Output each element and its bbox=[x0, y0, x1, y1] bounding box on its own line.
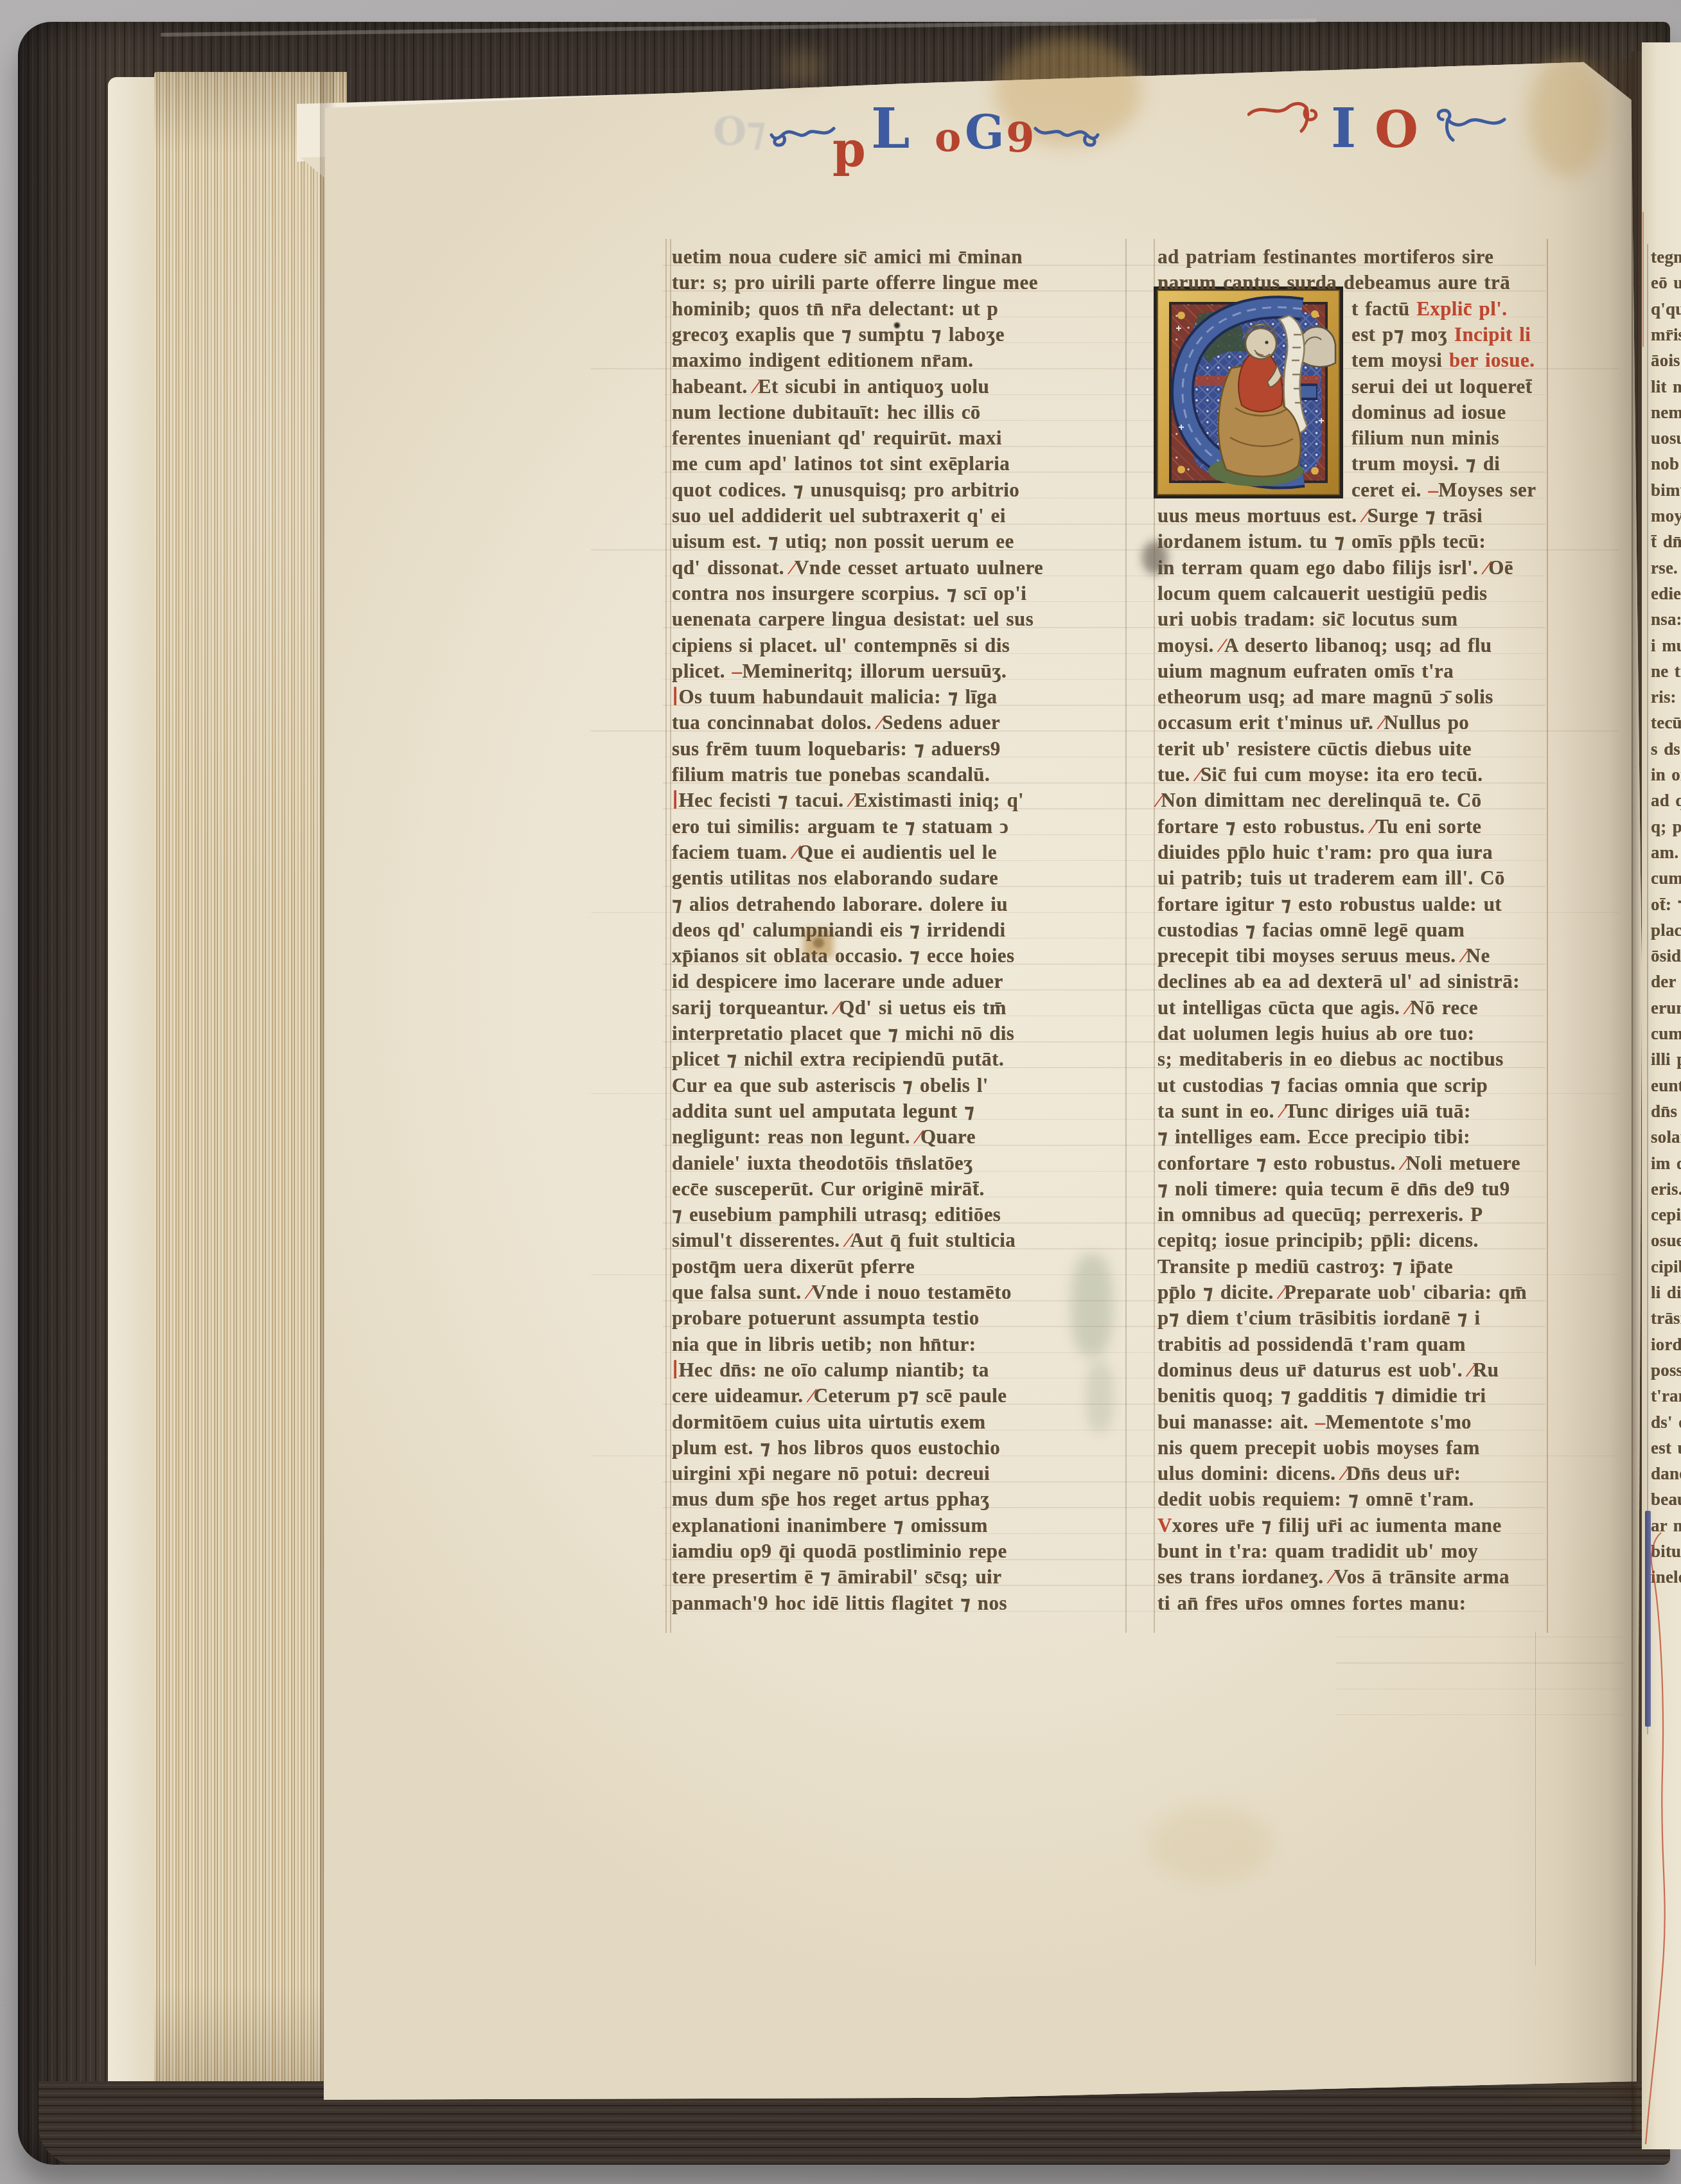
text-line: maximo indigent editionem nr̄am. bbox=[672, 348, 1122, 373]
body-text: am. ujni bbox=[1651, 843, 1681, 862]
red-pen-flourish bbox=[1632, 1529, 1681, 2171]
text-line: tegnate p bbox=[1651, 244, 1681, 270]
text-line: i multitu bbox=[1651, 633, 1681, 658]
text-line: in omib; bbox=[1651, 762, 1681, 788]
body-text: Memineritq; illorum uersuūʒ. bbox=[742, 660, 1007, 682]
body-text: Ru bbox=[1473, 1359, 1499, 1381]
body-text: mr̄is é as bbox=[1651, 325, 1681, 344]
text-line: rse. Aur bbox=[1651, 555, 1681, 581]
body-text: bimus. Si bbox=[1651, 480, 1681, 500]
text-line: cepitq; iosue principib; pp̄li: dicens. bbox=[1157, 1228, 1543, 1253]
body-text: postq̄m uera dixerūt pferre bbox=[672, 1255, 915, 1278]
body-text: ui patrib; tuis ut traderem eam ill'. Cō bbox=[1157, 867, 1505, 889]
text-line: uosue: ⁊ d bbox=[1651, 425, 1681, 451]
body-text: Oē bbox=[1488, 556, 1513, 579]
body-text: cipib; pp̄ bbox=[1651, 1257, 1681, 1276]
text-line: ti an̄ fr̄es ur̄os omnes fortes manu: bbox=[1157, 1590, 1543, 1616]
text-line: ulus domini: dicens. ∕Dn̄s deus ur̄: bbox=[1157, 1461, 1543, 1486]
text-line: nia que in libris uetib; non hn̄tur: bbox=[672, 1332, 1122, 1357]
text-line: p⁊ diem t'cium trāsibitis iordanē ⁊ i bbox=[1157, 1305, 1543, 1331]
body-text: ad quecū bbox=[1651, 791, 1681, 810]
text-line: plicet. –Memineritq; illorum uersuūʒ. bbox=[672, 658, 1122, 684]
ruling-line bbox=[665, 239, 667, 1633]
body-text: occasum erit t'minus ur̄. bbox=[1157, 711, 1380, 734]
body-text: tem moysi bbox=[1351, 349, 1449, 371]
text-line: eō uris s bbox=[1651, 270, 1681, 295]
body-text: xp̄ianos sit oblata occasio. ⁊ ecce hoie… bbox=[672, 944, 1014, 967]
text-line: postq̄m uera dixerūt pferre bbox=[672, 1254, 1122, 1280]
text-line: in omnibus ad quecūq; perrexeris. P bbox=[1157, 1202, 1543, 1228]
text-line: lit moyse bbox=[1651, 374, 1681, 400]
body-text: beaudien bbox=[1651, 1490, 1681, 1509]
text-line: cepitq; i bbox=[1651, 1202, 1681, 1228]
body-text: mus dum sp̄e hos reget artus pphaʒ bbox=[672, 1488, 990, 1510]
text-line: edient a bbox=[1651, 581, 1681, 606]
body-text: Surge ⁊ trāsi bbox=[1368, 504, 1483, 527]
flyleaf-edge bbox=[108, 77, 155, 2104]
body-text: Transite p mediū castroʒ: ⁊ ip̄ate bbox=[1157, 1255, 1453, 1278]
body-text: rse. Aur bbox=[1651, 558, 1681, 577]
body-text: Existimasti iniq; q' bbox=[854, 789, 1025, 811]
body-text: ⁊ eusebium pamphili utrasq; editiōes bbox=[672, 1203, 1001, 1226]
body-text: sarij torqueantur. bbox=[672, 996, 836, 1019]
text-line: in terram quam ego dabo filijs isrl'. ∕O… bbox=[1157, 555, 1543, 581]
text-line: iordanē bbox=[1651, 1332, 1681, 1357]
body-text: Ceterum p⁊ scē paule bbox=[814, 1384, 1007, 1407]
body-text: lit moyse bbox=[1651, 377, 1681, 396]
body-text: faciem tuam. bbox=[672, 841, 794, 863]
header-flourish-icon bbox=[1033, 119, 1100, 153]
body-text: Ne bbox=[1466, 944, 1490, 967]
body-text: uosue: ⁊ d bbox=[1651, 428, 1681, 448]
body-text: Mementote s'mo bbox=[1325, 1411, 1472, 1433]
text-line: erunt ad bbox=[1651, 995, 1681, 1021]
text-line: iamdiu op9 q̄i quodā postliminio repe bbox=[672, 1538, 1122, 1564]
text-line: panmach'9 hoc idē littis flagitet ⁊ nos bbox=[672, 1590, 1122, 1616]
body-text: in omnibus ad quecūq; perrexeris. P bbox=[1157, 1203, 1483, 1226]
body-text: placatos bbox=[1651, 920, 1681, 940]
body-text: in terram quam ego dabo filijs isrl'. bbox=[1157, 556, 1485, 579]
body-text: est uobis bbox=[1651, 1438, 1681, 1457]
text-line: dn̄s eos. bbox=[1651, 1098, 1681, 1124]
body-text: fortare igitur ⁊ esto robustus ualde: ut bbox=[1157, 893, 1502, 915]
body-text: Os tuum habundauit malicia: ⁊ līga bbox=[678, 685, 997, 708]
body-text: Sic̄ fui cum moyse: ita ero tecū. bbox=[1201, 763, 1483, 786]
body-text: daniele' iuxta theodotōis tn̄slatōeʒ bbox=[672, 1152, 973, 1174]
body-text: Sedens aduer bbox=[882, 711, 1000, 734]
text-line: nsa: moʒ bbox=[1651, 606, 1681, 632]
text-line: que falsa sunt. ∕Vnde i nouo testamēto bbox=[672, 1280, 1122, 1305]
ruling-line bbox=[1336, 1689, 1625, 1690]
body-text: ferentes inueniant qd' requirūt. maxi bbox=[672, 427, 1002, 449]
text-line: xp̄ianos sit oblata occasio. ⁊ ecce hoie… bbox=[672, 943, 1122, 969]
text-line: fortare ⁊ esto robustus. ∕Tu eni sorte bbox=[1157, 814, 1543, 840]
text-line: ad quecū bbox=[1651, 788, 1681, 813]
body-text: s; meditaberis in eo diebus ac noctibus bbox=[1157, 1048, 1504, 1070]
body-text: suo uel addiderit uel subtraxerit q' ei bbox=[672, 504, 1006, 527]
rubric-text: – bbox=[1428, 479, 1438, 501]
body-text: t factū bbox=[1351, 297, 1416, 320]
text-line: benitis quoq; ⁊ gadditis ⁊ dimidie tri bbox=[1157, 1383, 1543, 1409]
body-text: Hec dn̄s: ne oīo calump niantib; ta bbox=[678, 1359, 989, 1381]
rubric-text: ber iosue. bbox=[1449, 349, 1535, 371]
rubric-text: – bbox=[732, 660, 743, 682]
text-line: Vxores ur̄e ⁊ filij ur̄i ac iumenta mane bbox=[1157, 1513, 1543, 1538]
body-text: Cur ea que sub asteriscis ⁊ obelis l' bbox=[672, 1074, 989, 1096]
text-line: bimus. Si bbox=[1651, 477, 1681, 503]
body-text: t'ram qua bbox=[1651, 1386, 1681, 1405]
body-text: habeant. bbox=[672, 375, 754, 398]
body-text: me cum apd' latinos tot sint exēplaria bbox=[672, 452, 1010, 475]
body-text: cepitq; i bbox=[1651, 1205, 1681, 1224]
body-text: Et sicubi in antiquoʒ uolu bbox=[758, 375, 989, 398]
body-text: ta sunt in eo. bbox=[1157, 1100, 1281, 1122]
body-text: tere presertim ē ⁊ āmirabil' sc̄sq; uir bbox=[672, 1565, 1001, 1588]
text-line: addita sunt uel amputata legunt ⁊ bbox=[672, 1098, 1122, 1124]
body-text: etheorum usq; ad mare magnū ↄ̄ solis bbox=[1157, 685, 1493, 708]
text-line: dat uolumen legis huius ab ore tuo: bbox=[1157, 1021, 1543, 1046]
body-text: ut custodias ⁊ facias omnia que scrip bbox=[1157, 1074, 1488, 1096]
text-line: beaudien bbox=[1651, 1486, 1681, 1512]
historiated-initial bbox=[1153, 286, 1344, 499]
text-line: serui dei ut loqueret̄ bbox=[1351, 374, 1539, 400]
body-text: uirgini xp̄i negare nō potui: decreui bbox=[672, 1462, 990, 1484]
header-flourish-icon bbox=[770, 119, 836, 153]
text-line: s; meditaberis in eo diebus ac noctibus bbox=[1157, 1046, 1543, 1072]
body-text: serui dei ut loqueret̄ bbox=[1351, 375, 1532, 398]
text-line: ⁊ alios detrahendo laborare. dolere iu bbox=[672, 892, 1122, 917]
body-text: ōsiderar bbox=[1651, 946, 1681, 965]
body-text: ecc̄e susceperūt. Cur originē mirāt̄. bbox=[672, 1177, 985, 1200]
body-text: Vnde cesset artuato uulnere bbox=[795, 556, 1043, 579]
text-line: ⁊ eusebium pamphili utrasq; editiōes bbox=[672, 1202, 1122, 1228]
rubric-text: – bbox=[1316, 1411, 1326, 1433]
text-line: sarij torqueantur. ∕Qd' si uetus eis tm̄ bbox=[672, 995, 1122, 1021]
rubric-text: Incipit li bbox=[1454, 323, 1531, 346]
body-text: q'quoq; te bbox=[1651, 299, 1681, 319]
ruling-line bbox=[1336, 1637, 1625, 1638]
text-line: ot̄: ⁊ ung bbox=[1651, 892, 1681, 917]
body-text: li dicens bbox=[1651, 1283, 1681, 1302]
rubric-text: V bbox=[1157, 1514, 1172, 1537]
text-line: Cur ea que sub asteriscis ⁊ obelis l' bbox=[672, 1073, 1122, 1098]
text-line: trabitis ad possidendā t'ram quam bbox=[1157, 1332, 1543, 1357]
body-text: tecū é dn̄ bbox=[1651, 713, 1681, 732]
text-line: etheorum usq; ad mare magnū ↄ̄ solis bbox=[1157, 684, 1543, 710]
body-text: quot codices. ⁊ unusquisq; pro arbitrio bbox=[672, 479, 1019, 501]
body-text: dominus ad iosue bbox=[1351, 401, 1506, 423]
body-text: Aut q̄ fuit stulticia bbox=[850, 1229, 1016, 1251]
body-text: filium matris tue ponebas scandalū. bbox=[672, 763, 990, 786]
body-text: eunt. Ps bbox=[1651, 1076, 1681, 1095]
text-line: moysi. ∕A deserto libanoq; usq; ad flu bbox=[1157, 633, 1543, 658]
body-text: āois uirt bbox=[1651, 351, 1681, 370]
body-text: p⁊ diem t'cium trāsibitis iordanē ⁊ i bbox=[1157, 1307, 1481, 1329]
body-text: benitis quoq; ⁊ gadditis ⁊ dimidie tri bbox=[1157, 1384, 1486, 1407]
body-text: A deserto libanoq; usq; ad flu bbox=[1224, 634, 1492, 656]
body-text: moysi: ita bbox=[1651, 506, 1681, 525]
body-text: trum moysi. ⁊ di bbox=[1351, 452, 1500, 475]
body-text: deos qd' calumpniandi eis ⁊ irridendi bbox=[672, 919, 1006, 941]
text-line: pp̄lo ⁊ dicite. ∕Preparate uob' cibaria:… bbox=[1157, 1280, 1543, 1305]
text-line: tue. ∕Sic̄ fui cum moyse: ita ero tecū. bbox=[1157, 762, 1543, 788]
body-text: ot̄: ⁊ ung bbox=[1651, 895, 1681, 914]
text-line: bui manasse: ait. –Mementote s'mo bbox=[1157, 1409, 1543, 1435]
body-text: ⁊ noli timere: quia tecum ē dn̄s de9 tu9 bbox=[1157, 1177, 1510, 1200]
body-text: dominus deus ur̄ daturus est uob'. bbox=[1157, 1359, 1469, 1381]
text-line: declines ab ea ad dexterā ul' ad sinistr… bbox=[1157, 969, 1543, 994]
text-line: eunt. Ps bbox=[1651, 1073, 1681, 1098]
body-text: osue prin bbox=[1651, 1231, 1681, 1250]
body-text: bui manasse: ait. bbox=[1157, 1411, 1316, 1433]
body-text: Dn̄s deus ur̄: bbox=[1346, 1462, 1461, 1484]
body-text: Hec fecisti ⁊ tacui. bbox=[678, 789, 850, 811]
text-line: simul't disserentes. ∕Aut q̄ fuit stulti… bbox=[672, 1228, 1122, 1253]
body-text: Que ei audientis uel le bbox=[798, 841, 997, 863]
text-line: li dicens bbox=[1651, 1280, 1681, 1305]
body-text: uium magnum eufraten omīs t'ra bbox=[1157, 660, 1454, 682]
text-line: ad patriam festinantes mortiferos sire bbox=[1157, 244, 1543, 270]
body-text: terit ub' resistere cūctis diebus uite bbox=[1157, 737, 1472, 760]
body-text: negligunt: reas non legunt. bbox=[672, 1125, 917, 1148]
body-text: Noli metuere bbox=[1406, 1152, 1520, 1174]
body-text: ceret ei. bbox=[1351, 479, 1428, 501]
manuscript-photo: tegnate peō uris sq'quoq; temr̄is é asāo… bbox=[0, 0, 1681, 2184]
body-text: cepitq; iosue principib; pp̄li: dicens. bbox=[1157, 1229, 1479, 1251]
body-text: probare potuerunt assumpta testio bbox=[672, 1307, 980, 1329]
text-line: uirgini xp̄i negare nō potui: decreui bbox=[672, 1461, 1122, 1486]
text-line: tem moysi ber iosue. bbox=[1351, 348, 1539, 373]
body-text: tegnate p bbox=[1651, 247, 1681, 267]
body-text: tue. bbox=[1157, 763, 1197, 786]
body-text: nob facie bbox=[1651, 454, 1681, 473]
text-line: ⁊ noli timere: quia tecum ē dn̄s de9 tu9 bbox=[1157, 1176, 1543, 1202]
body-text: que falsa sunt. bbox=[672, 1281, 808, 1303]
rubric-text: ∣ bbox=[672, 789, 678, 811]
body-text: qd' dissonat. bbox=[672, 556, 791, 579]
body-text: plicet. bbox=[672, 660, 732, 682]
text-line: mus dum sp̄e hos reget artus pphaʒ bbox=[672, 1486, 1122, 1512]
body-text: fortare ⁊ esto robustus. bbox=[1157, 815, 1372, 838]
header-letter: O bbox=[1375, 105, 1418, 155]
body-text: simul't disserentes. bbox=[672, 1229, 847, 1251]
text-line: negligunt: reas non legunt. ∕Quare bbox=[672, 1124, 1122, 1150]
text-line: ferentes inueniant qd' requirūt. maxi bbox=[672, 425, 1122, 451]
body-text: i multitu bbox=[1651, 636, 1681, 655]
text-line: der uiros bbox=[1651, 969, 1681, 994]
text-line: suo uel addiderit uel subtraxerit q' ei bbox=[672, 503, 1122, 529]
body-text: Quare bbox=[920, 1125, 976, 1148]
text-line: ris: quia bbox=[1651, 684, 1681, 710]
body-text: in omib; bbox=[1651, 765, 1681, 784]
body-text: cere uideamur. bbox=[672, 1384, 810, 1407]
text-line: cum: dice bbox=[1651, 865, 1681, 891]
header-flourish-icon bbox=[1430, 108, 1507, 144]
header-letter: I bbox=[1331, 101, 1356, 155]
body-text: gentis utilitas nos elaborando sudare bbox=[672, 867, 998, 889]
text-line: ōsiderar bbox=[1651, 943, 1681, 969]
ruling-line bbox=[1336, 1714, 1625, 1716]
text-line: uisum est. ⁊ utiq; non possit uerum ee bbox=[672, 529, 1122, 554]
body-text: Moyses ser bbox=[1438, 479, 1536, 501]
body-text: iamdiu op9 q̄i quodā postliminio repe bbox=[672, 1540, 1007, 1562]
text-line: ui patrib; tuis ut traderem eam ill'. Cō bbox=[1157, 865, 1543, 891]
text-line: gentis utilitas nos elaborando sudare bbox=[672, 865, 1122, 891]
body-text: Nullus po bbox=[1384, 711, 1470, 734]
text-line: mr̄is é as bbox=[1651, 322, 1681, 348]
body-text: precepit tibi moyses seruus meus. bbox=[1157, 944, 1463, 967]
text-line: nob facie bbox=[1651, 451, 1681, 477]
body-text: ⁊ intelliges eam. Ecce precipio tibi: bbox=[1157, 1125, 1470, 1148]
body-text: tua concinnabat dolos. bbox=[672, 711, 879, 734]
text-line: est p⁊ moʒ Incipit li bbox=[1351, 322, 1539, 348]
body-text: solarii d bbox=[1651, 1127, 1681, 1147]
body-text: diuides pp̄lo huic t'ram: pro qua iura bbox=[1157, 841, 1493, 863]
body-text: ad patriam festinantes mortiferos sire bbox=[1157, 245, 1493, 268]
text-line: quot codices. ⁊ unusquisq; pro arbitrio bbox=[672, 477, 1122, 503]
text-line: ne timea bbox=[1651, 658, 1681, 684]
body-text: narum cantus surda debeamus aure trā bbox=[1157, 271, 1510, 294]
text-line: precepit tibi moyses seruus meus. ∕Ne bbox=[1157, 943, 1543, 969]
text-line: grecoʒ exaplis que ⁊ sumptu ⁊ laboʒe bbox=[672, 322, 1122, 348]
text-line: tecū é dn̄ bbox=[1651, 710, 1681, 735]
header-flourish-icon bbox=[1247, 98, 1322, 136]
body-text: addita sunt uel amputata legunt ⁊ bbox=[672, 1100, 974, 1122]
text-line: nem cont bbox=[1651, 400, 1681, 425]
text-line: uetim noua cudere sic̄ amici mi c̄minan bbox=[672, 244, 1122, 270]
text-line: uenenata carpere lingua desistat: uel su… bbox=[672, 606, 1122, 632]
ruling-line bbox=[1336, 1662, 1625, 1664]
text-line: interpretatio placet que ⁊ michi nō dis bbox=[672, 1021, 1122, 1046]
text-line: cipiens si placet. ul' contempnēs si dis bbox=[672, 633, 1122, 658]
text-line: narum cantus surda debeamus aure trā bbox=[1157, 270, 1543, 295]
text-line: faciem tuam. ∕Que ei audientis uel le bbox=[672, 840, 1122, 865]
body-text: id despicere imo lacerare unde aduer bbox=[672, 970, 1003, 992]
text-line: cere uideamur. ∕Ceterum p⁊ scē paule bbox=[672, 1383, 1122, 1409]
body-text: ris: quia bbox=[1651, 687, 1681, 707]
parchment-stain bbox=[1529, 55, 1606, 177]
text-line: explanationi inanimbere ⁊ omissum bbox=[672, 1513, 1122, 1538]
ruling-line bbox=[1125, 239, 1127, 1633]
text-line: illi paut bbox=[1651, 1046, 1681, 1072]
text-line: ds' daturus bbox=[1651, 1409, 1681, 1435]
parchment-stain bbox=[1150, 1806, 1272, 1883]
body-text: sus frēm tuum loquebaris: ⁊ aduers9 bbox=[672, 737, 1001, 760]
text-line: tere presertim ē ⁊ āmirabil' sc̄sq; uir bbox=[672, 1564, 1122, 1590]
body-text: Tunc diriges uiā tuā: bbox=[1285, 1100, 1471, 1122]
text-line: danem. se bbox=[1651, 1461, 1681, 1486]
body-text: t̄ dn̄s deu bbox=[1651, 532, 1681, 551]
text-line: osue prin bbox=[1651, 1228, 1681, 1253]
text-line: uri uobis tradam: sic̄ locutus sum bbox=[1157, 606, 1543, 632]
rubric-text: Explic̄ pl'. bbox=[1416, 297, 1507, 320]
text-line: hominib; quos tn̄ nr̄a delectant: ut p bbox=[672, 296, 1122, 322]
text-line: habeant. ∕Et sicubi in antiquoʒ uolu bbox=[672, 374, 1122, 400]
body-text: nis quem precepit uobis moyses fam bbox=[1157, 1436, 1480, 1459]
text-line: me cum apd' latinos tot sint exēplaria bbox=[672, 451, 1122, 477]
text-line: filium nun minis bbox=[1351, 425, 1539, 451]
text-line: probare potuerunt assumpta testio bbox=[672, 1305, 1122, 1331]
body-text: der uiros bbox=[1651, 972, 1681, 991]
body-text: uisum est. ⁊ utiq; non possit uerum ee bbox=[672, 530, 1014, 552]
text-line: est uobis bbox=[1651, 1435, 1681, 1461]
text-line: ∕Non dimittam nec derelinquā te. Cō bbox=[1157, 788, 1543, 813]
text-line: dedit uobis requiem: ⁊ omnē t'ram. bbox=[1157, 1486, 1543, 1512]
text-line: confortare ⁊ esto robustus. ∕Noli metuer… bbox=[1157, 1150, 1543, 1176]
body-text: q; perrex bbox=[1651, 817, 1681, 836]
body-text: nia que in libris uetib; non hn̄tur: bbox=[672, 1333, 976, 1355]
body-text: cum: dice bbox=[1651, 868, 1681, 888]
body-text: trabitis ad possidendā t'ram quam bbox=[1157, 1333, 1466, 1355]
body-text: uetim noua cudere sic̄ amici mi c̄minan bbox=[672, 245, 1023, 268]
body-text: plicet ⁊ nichil extra recipiendū putāt. bbox=[672, 1048, 1004, 1070]
text-line: ut custodias ⁊ facias omnia que scrip bbox=[1157, 1073, 1543, 1098]
text-line: dominus deus ur̄ daturus est uob'. ∕Ru bbox=[1157, 1357, 1543, 1383]
ruling-line bbox=[670, 239, 671, 1633]
text-line: iordanem istum. tu ⁊ omīs pp̄ls tecū: bbox=[1157, 529, 1543, 554]
ruling-line bbox=[1535, 1632, 1536, 1966]
body-text: nsa: moʒ bbox=[1651, 610, 1681, 629]
text-line: daniele' iuxta theodotōis tn̄slatōeʒ bbox=[672, 1150, 1122, 1176]
text-line: moysi: ita bbox=[1651, 503, 1681, 529]
text-line: trāsibit' bbox=[1651, 1305, 1681, 1331]
body-text: dn̄s eos. bbox=[1651, 1102, 1681, 1121]
text-line: āois uirt bbox=[1651, 348, 1681, 373]
rubric-text: ∣ bbox=[672, 685, 678, 708]
fore-edge-page-stack bbox=[154, 72, 347, 2108]
text-line: uium magnum eufraten omīs t'ra bbox=[1157, 658, 1543, 684]
body-text: im qn̄til bbox=[1651, 1154, 1681, 1173]
body-text: iordanem istum. tu ⁊ omīs pp̄ls tecū: bbox=[1157, 530, 1486, 552]
header-letter: p bbox=[832, 126, 866, 173]
header-letter: o bbox=[935, 118, 961, 157]
body-text: interpretatio placet que ⁊ michi nō dis bbox=[672, 1022, 1014, 1044]
parchment-stain bbox=[780, 50, 825, 85]
text-line: ses trans iordaneʒ. ∕Vos ā trānsite arma bbox=[1157, 1564, 1543, 1590]
body-text: dedit uobis requiem: ⁊ omnē t'ram. bbox=[1157, 1488, 1474, 1510]
body-text: edient a bbox=[1651, 584, 1681, 603]
body-text: panmach'9 hoc idē littis flagitet ⁊ nos bbox=[672, 1592, 1007, 1614]
body-text: dat uolumen legis huius ab ore tuo: bbox=[1157, 1022, 1475, 1044]
body-text: confortare ⁊ esto robustus. bbox=[1157, 1152, 1402, 1174]
text-line: ⁊ intelliges eam. Ecce precipio tibi: bbox=[1157, 1124, 1543, 1150]
text-line: plicet ⁊ nichil extra recipiendū putāt. bbox=[672, 1046, 1122, 1072]
text-line: occasum erit t'minus ur̄. ∕Nullus po bbox=[1157, 710, 1543, 735]
body-text: bunt in t'ra: quam tradidit ub' moy bbox=[1157, 1540, 1478, 1562]
text-line: possideb' bbox=[1651, 1357, 1681, 1383]
text-line: ecc̄e susceperūt. Cur originē mirāt̄. bbox=[672, 1176, 1122, 1202]
body-text: eris. Pre bbox=[1651, 1179, 1681, 1199]
body-text: uenenata carpere lingua desistat: uel su… bbox=[672, 608, 1034, 630]
text-line: filium matris tue ponebas scandalū. bbox=[672, 762, 1122, 788]
text-line: ero tui similis: arguam te ⁊ statuam ↄ bbox=[672, 814, 1122, 840]
text-line: tur: s; pro uirili parte offerre lingue … bbox=[672, 270, 1122, 295]
text-line: contra nos insurgere scorpius. ⁊ scī op'… bbox=[672, 581, 1122, 606]
text-line: sus frēm tuum loquebaris: ⁊ aduers9 bbox=[672, 736, 1122, 762]
text-line: bunt in t'ra: quam tradidit ub' moy bbox=[1157, 1538, 1543, 1564]
text-line: eris. Pre bbox=[1651, 1176, 1681, 1202]
body-text: ut intelligas cūcta que agis. bbox=[1157, 996, 1407, 1019]
text-line: ∣Os tuum habundauit malicia: ⁊ līga bbox=[672, 684, 1122, 710]
text-line: solarii d bbox=[1651, 1124, 1681, 1150]
header-letter: 9 bbox=[1006, 118, 1035, 159]
rubric-text: ∣ bbox=[672, 1359, 678, 1381]
text-line: uus meus mortuus est. ∕Surge ⁊ trāsi bbox=[1157, 503, 1543, 529]
body-text: declines ab ea ad dexterā ul' ad sinistr… bbox=[1157, 970, 1520, 992]
body-text: grecoʒ exaplis que ⁊ sumptu ⁊ laboʒe bbox=[672, 323, 1005, 346]
text-line: qd' dissonat. ∕Vnde cesset artuato uulne… bbox=[672, 555, 1122, 581]
body-text: Preparate uob' cibaria: qm̄ bbox=[1284, 1281, 1527, 1303]
